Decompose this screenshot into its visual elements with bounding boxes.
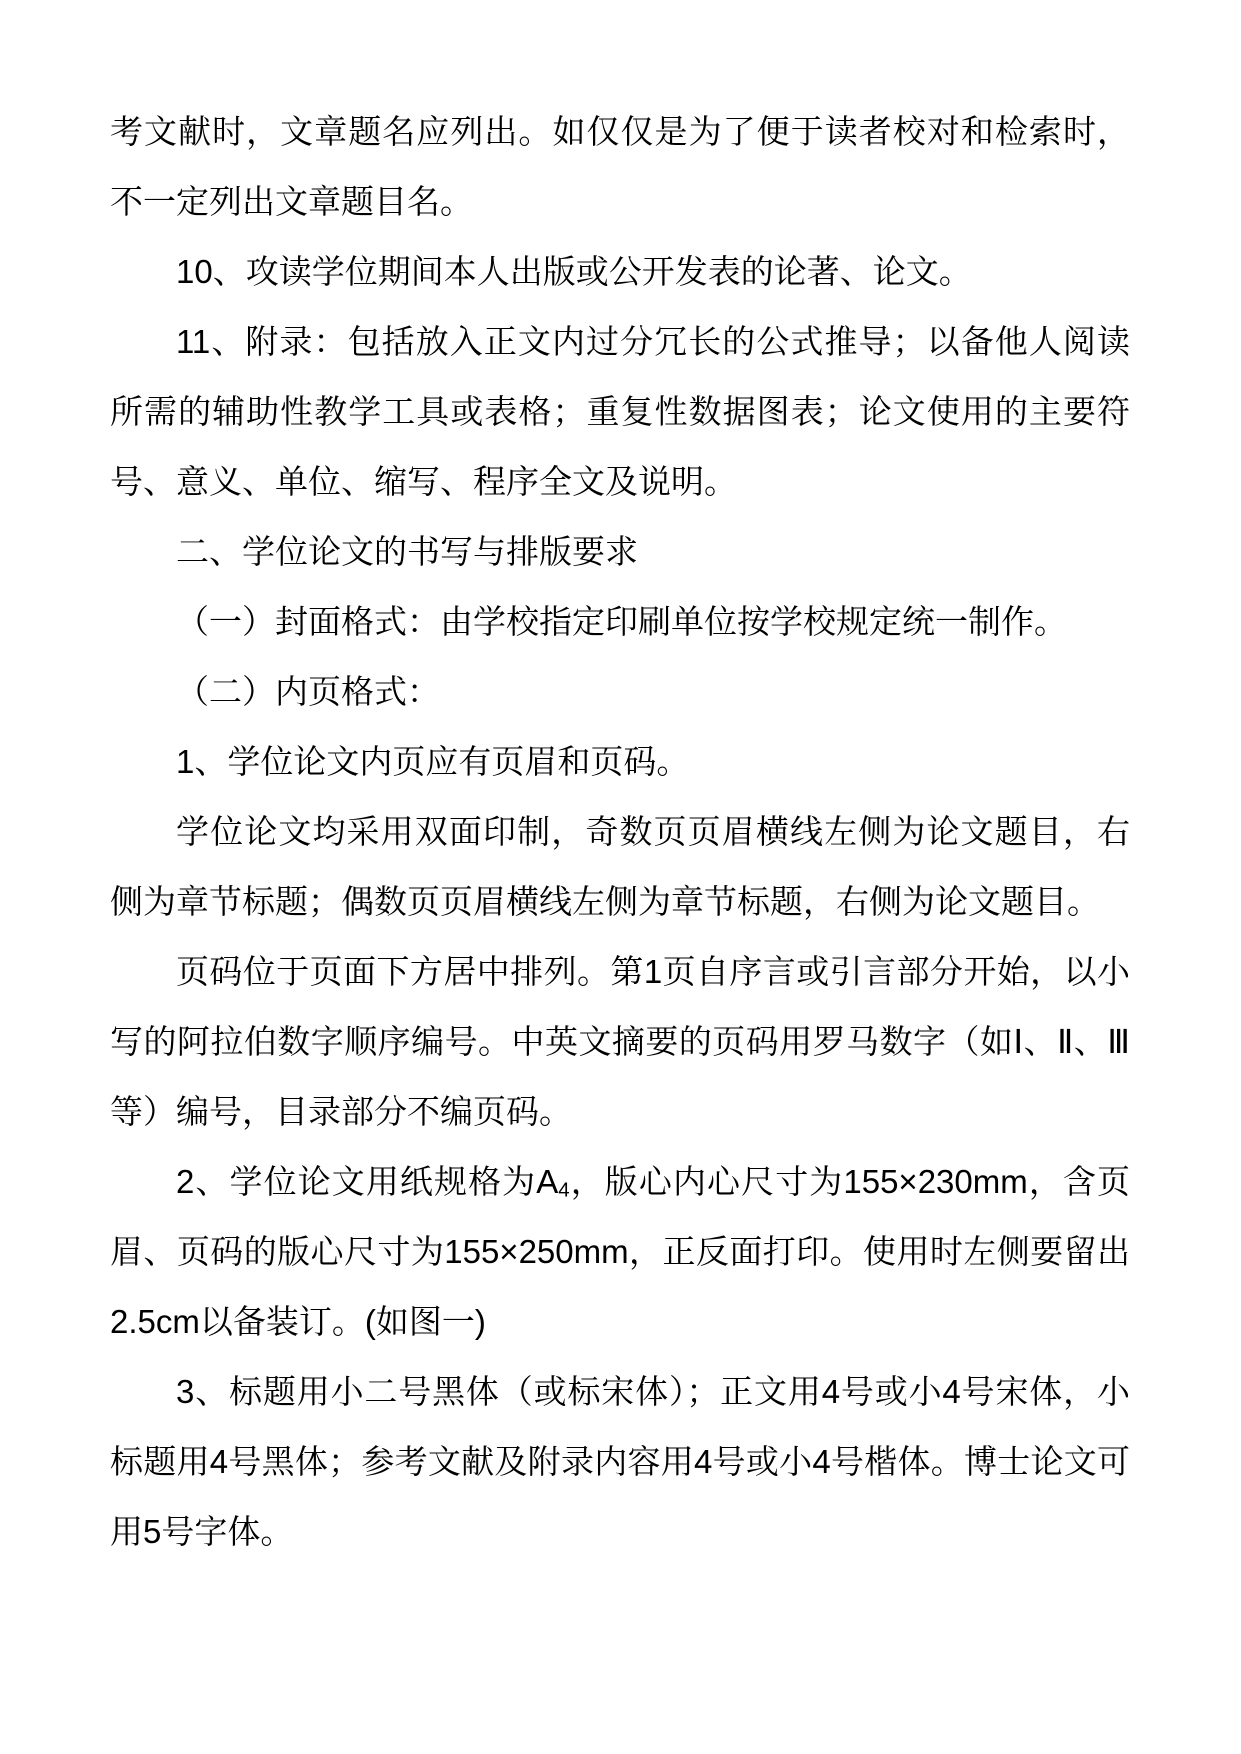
- paragraph-1: 考文献时，文章题名应列出。如仅仅是为了便于读者校对和检索时，不一定列出文章题目名…: [110, 97, 1130, 237]
- paragraph-9: 页码位于页面下方居中排列。第1页自序言或引言部分开始，以小写的阿拉伯数字顺序编号…: [110, 937, 1130, 1147]
- document-page: 考文献时，文章题名应列出。如仅仅是为了便于读者校对和检索时，不一定列出文章题目名…: [0, 0, 1241, 1754]
- paragraph-2: 10、攻读学位期间本人出版或公开发表的论著、论文。: [110, 237, 1130, 307]
- subscript-text: 4: [558, 1179, 569, 1202]
- paragraph-11: 3、标题用小二号黑体（或标宋体）；正文用4号或小4号宋体，小标题用4号黑体；参考…: [110, 1357, 1130, 1567]
- paragraph-10: 2、学位论文用纸规格为A4，版心内心尺寸为155×230mm，含页眉、页码的版心…: [110, 1147, 1130, 1357]
- paragraph-7: 1、学位论文内页应有页眉和页码。: [110, 727, 1130, 797]
- text-block: 考文献时，文章题名应列出。如仅仅是为了便于读者校对和检索时，不一定列出文章题目名…: [110, 97, 1130, 1567]
- paragraph-4: 二、学位论文的书写与排版要求: [110, 517, 1130, 587]
- paragraph-3: 11、附录：包括放入正文内过分冗长的公式推导；以备他人阅读所需的辅助性教学工具或…: [110, 307, 1130, 517]
- paragraph-5: （一）封面格式：由学校指定印刷单位按学校规定统一制作。: [110, 587, 1130, 657]
- paragraph-6: （二）内页格式：: [110, 657, 1130, 727]
- paragraph-8: 学位论文均采用双面印制，奇数页页眉横线左侧为论文题目，右侧为章节标题；偶数页页眉…: [110, 797, 1130, 937]
